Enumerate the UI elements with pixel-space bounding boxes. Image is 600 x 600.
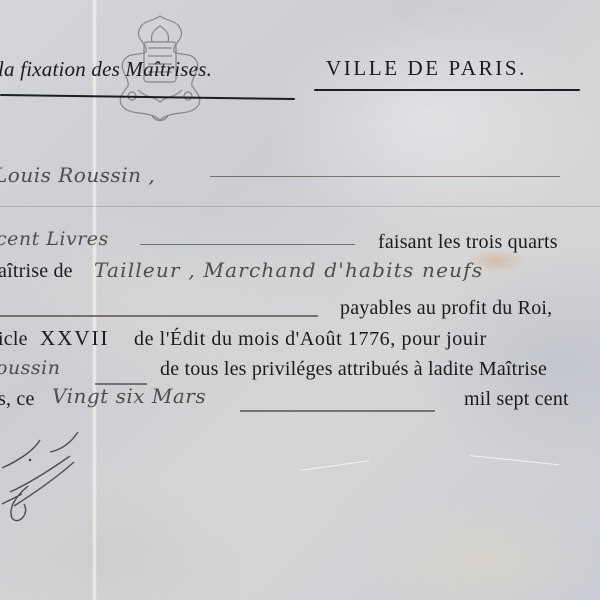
printed-article-number: XXVII	[40, 326, 109, 351]
paper-fold	[92, 0, 97, 600]
header-right-title: VILLE DE PARIS.	[326, 56, 527, 81]
handwritten-name: Louis Roussin ,	[0, 163, 155, 187]
fill-line	[0, 315, 318, 317]
fill-line	[210, 176, 560, 177]
printed-text: de l'Édit du mois d'Août 1776, pour joui…	[134, 328, 487, 351]
fill-line	[240, 410, 435, 412]
printed-text: faisant les trois quarts	[378, 231, 558, 254]
handwritten-trade: Tailleur , Marchand d'habits neufs	[94, 258, 483, 282]
header-right-rule	[314, 89, 580, 91]
printed-text: aîtrise de	[0, 260, 73, 283]
printed-text: mil sept cent	[464, 388, 569, 411]
header-left-title: la fixation des Maîtrises.	[0, 57, 212, 82]
handwritten-name-repeat: oussin	[0, 357, 61, 379]
printed-text: s, ce	[0, 388, 35, 411]
printed-text: de tous les priviléges attribués à ladit…	[160, 358, 547, 381]
signature-flourish-icon	[0, 430, 90, 530]
fill-line	[140, 244, 355, 245]
printed-text: icle	[0, 328, 28, 351]
handwritten-date: Vingt six Mars	[52, 384, 206, 408]
handwritten-amount: cent Livres	[0, 228, 109, 250]
fill-line	[0, 206, 600, 207]
printed-text: payables au profit du Roi,	[340, 297, 552, 320]
